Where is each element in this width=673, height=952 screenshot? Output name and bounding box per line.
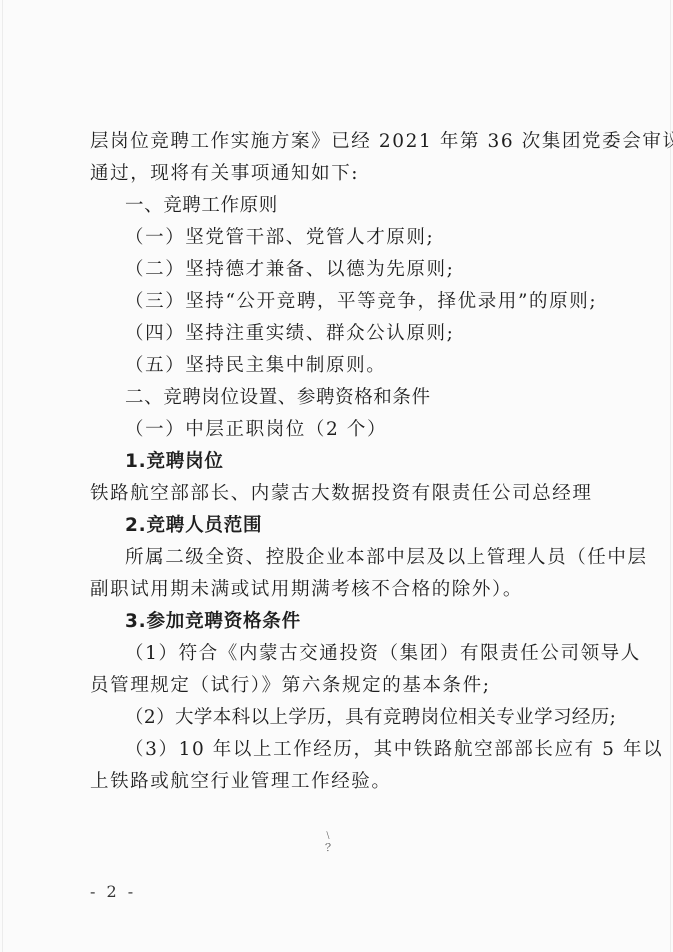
- positions-text: 铁路航空部部长、内蒙古大数据投资有限责任公司总经理: [90, 482, 593, 506]
- section-heading-principles: 一、竞聘工作原则: [125, 194, 278, 218]
- qualification-1-line-1: （1）符合《内蒙古交通投资（集团）有限责任公司领导人: [125, 642, 584, 666]
- qualification-3-line-2: 上铁路或航空行业管理工作经验。: [90, 770, 392, 794]
- qualification-1-line-2: 员管理规定（试行）》第六条规定的基本条件;: [90, 674, 491, 698]
- subheading-qualifications: 3.参加竞聘资格条件: [125, 610, 301, 634]
- section-heading-positions: 二、竞聘岗位设置、参聘资格和条件: [125, 386, 431, 410]
- principle-item-3: （三）坚持“公开竞聘，平等竞争，择优录用”的原则;: [125, 290, 597, 314]
- candidate-scope-line-1: 所属二级全资、控股企业本部中层及以上管理人员（任中层: [125, 546, 584, 570]
- qualification-3-line-1: （3）10 年以上工作经历，其中铁路航空部部长应有 5 年以: [125, 738, 584, 762]
- subheading-positions: 1.竞聘岗位: [125, 450, 224, 474]
- principle-item-4: （四）坚持注重实绩、群众公认原则;: [125, 322, 454, 346]
- stray-ink-marks: ﹨ ﹖: [322, 828, 334, 852]
- candidate-scope-line-2: 副职试用期未满或试用期满考核不合格的除外）。: [90, 578, 523, 602]
- paragraph-continuation-line-1: 层岗位竞聘工作实施方案》已经 2021 年第 36 次集团党委会审议: [90, 130, 584, 154]
- paragraph-continuation-line-2: 通过，现将有关事项通知如下:: [90, 162, 359, 186]
- principle-item-5: （五）坚持民主集中制原则。: [125, 354, 386, 378]
- subheading-candidate-scope: 2.竞聘人员范围: [125, 514, 262, 538]
- qualification-2: （2）大学本科以上学历，具有竞聘岗位相关专业学习经历;: [125, 706, 616, 730]
- page-number: - 2 -: [90, 882, 136, 901]
- principle-item-1: （一）坚党管干部、党管人才原则;: [125, 226, 434, 250]
- subsection-middle-level-positions: （一）中层正职岗位（2 个）: [125, 418, 387, 442]
- principle-item-2: （二）坚持德才兼备、以德为先原则;: [125, 258, 454, 282]
